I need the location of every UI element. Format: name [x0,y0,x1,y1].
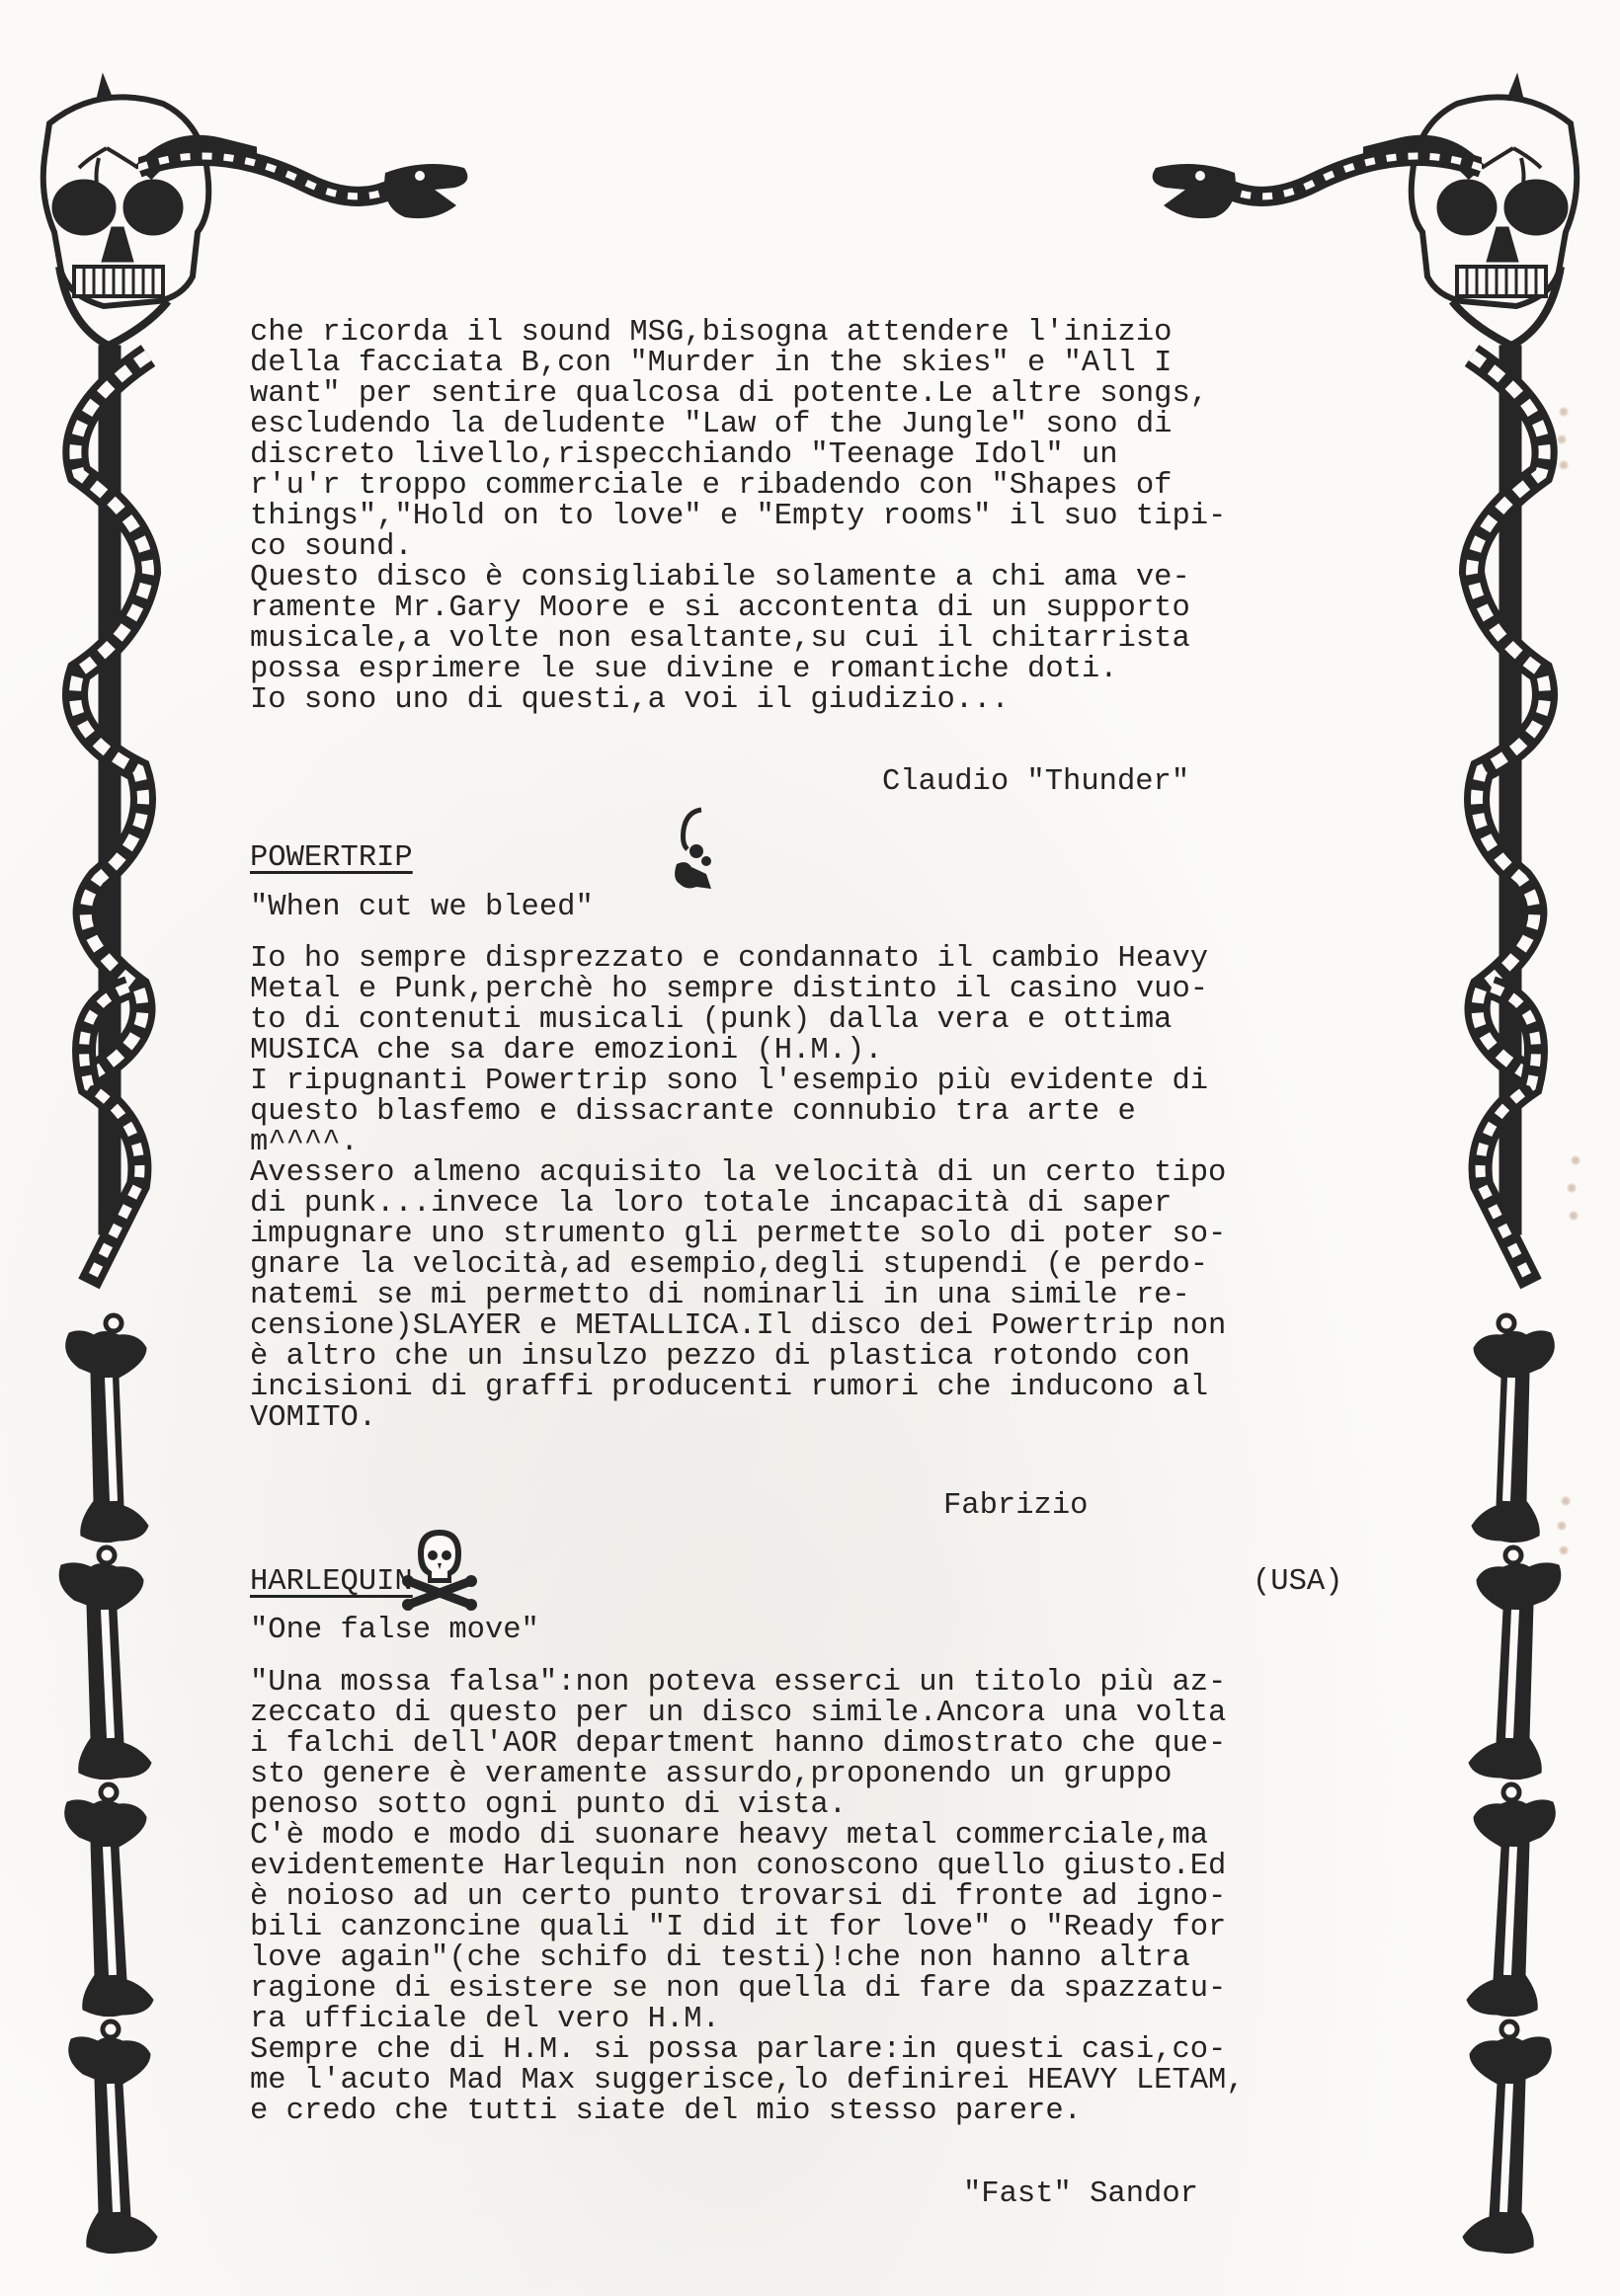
review-text-line: ramente Mr.Gary Moore e si accontenta di… [250,594,1406,624]
snake-head-left-icon [138,128,474,247]
review-body: Io ho sempre disprezzato e condannato il… [250,944,1406,1434]
review-signature: Fabrizio [943,1489,1088,1523]
review-text-line: è noioso ad un certo punto trovarsi di f… [250,1882,1406,1913]
skull-crossbones-icon [662,800,721,894]
review-text-line: della facciata B,con "Murder in the skie… [250,349,1406,379]
snake-head-right-icon [1146,128,1482,247]
review-text-line: co sound. [250,532,1406,563]
review-text-line: impugnare uno strumento gli permette sol… [250,1220,1406,1250]
review-text-line: incisioni di graffi producenti rumori ch… [250,1373,1406,1403]
review-text-line: ragione di esistere se non quella di far… [250,1974,1406,2005]
punch-hole-mark [1559,407,1569,417]
review-text-line: MUSICA che sa dare emozioni (H.M.). [250,1036,1406,1067]
review-signature: Claudio "Thunder" [882,765,1189,799]
punch-hole-mark [1557,435,1567,444]
review-text-line: me l'acuto Mad Max suggerisce,lo definir… [250,2066,1406,2097]
review-body: che ricorda il sound MSG,bisogna attende… [250,318,1406,716]
review-powertrip: Io ho sempre disprezzato e condannato il… [250,944,1406,1434]
punch-hole-mark [1559,1545,1569,1555]
review-text-line: Io sono uno di questi,a voi il giudizio.… [250,685,1406,716]
review-text-line: bili canzoncine quali "I did it for love… [250,1913,1406,1943]
review-text-line: censione)SLAYER e METALLICA.Il disco dei… [250,1311,1406,1342]
review-gary-moore: che ricorda il sound MSG,bisogna attende… [250,318,1406,716]
punch-hole-mark [1571,1155,1580,1165]
review-text-line: Avessero almeno acquisito la velocità di… [250,1158,1406,1189]
review-text-line: Questo disco è consigliabile solamente a… [250,563,1406,594]
review-text-line: Sempre che di H.M. si possa parlare:in q… [250,2035,1406,2066]
review-text-line: ra ufficiale del vero H.M. [250,2005,1406,2035]
review-harlequin: "Una mossa falsa":non poteva esserci un … [250,1668,1406,2127]
review-text-line: musicale,a volte non esaltante,su cui il… [250,624,1406,655]
punch-hole-mark [1559,460,1569,470]
review-signature: "Fast" Sandor [963,2177,1198,2211]
skull-snake-bone-border-left-icon [0,0,257,2296]
review-text-line: discreto livello,rispecchiando "Teenage … [250,440,1406,471]
band-title-harlequin: HARLEQUIN [250,1565,413,1599]
album-title: "One false move" [250,1614,539,1647]
review-text-line: r'u'r troppo commerciale e ribadendo con… [250,471,1406,502]
album-title: "When cut we bleed" [250,891,594,924]
review-body: "Una mossa falsa":non poteva esserci un … [250,1668,1406,2127]
review-text-line: Metal e Punk,perchè ho sempre distinto i… [250,975,1406,1005]
punch-hole-mark [1567,1183,1577,1193]
review-text-line: natemi se mi permetto di nominarli in un… [250,1281,1406,1311]
review-text-line: gnare la velocità,ad esempio,degli stupe… [250,1250,1406,1281]
review-text-line: I ripugnanti Powertrip sono l'esempio pi… [250,1067,1406,1097]
review-text-line: che ricorda il sound MSG,bisogna attende… [250,318,1406,349]
review-text-line: e credo che tutti siate del mio stesso p… [250,2097,1406,2127]
review-text-line: VOMITO. [250,1403,1406,1434]
review-text-line: want" per sentire qualcosa di potente.Le… [250,379,1406,410]
review-text-line: penoso sotto ogni punto di vista. [250,1790,1406,1821]
review-text-line: to di contenuti musicali (punk) dalla ve… [250,1005,1406,1036]
punch-hole-mark [1569,1211,1579,1221]
punch-hole-mark [1557,1521,1567,1531]
country-label: (USA) [1253,1565,1343,1599]
review-text-line: zeccato di questo per un disco simile.An… [250,1699,1406,1729]
review-text-line: Io ho sempre disprezzato e condannato il… [250,944,1406,975]
review-text-line: C'è modo e modo di suonare heavy metal c… [250,1821,1406,1852]
review-text-line: questo blasfemo e dissacrante connubio t… [250,1097,1406,1128]
punch-hole-mark [1561,1496,1571,1506]
review-text-line: di punk...invece la loro totale incapaci… [250,1189,1406,1220]
review-text-line: è altro che un insulzo pezzo di plastica… [250,1342,1406,1373]
review-text-line: escludendo la deludente "Law of the Jung… [250,410,1406,440]
review-text-line: "Una mossa falsa":non poteva esserci un … [250,1668,1406,1699]
review-text-line: m^^^^. [250,1128,1406,1158]
review-text-line: i falchi dell'AOR department hanno dimos… [250,1729,1406,1760]
review-text-line: sto genere è veramente assurdo,proponend… [250,1760,1406,1790]
review-text-line: love again"(che schifo di testi)!che non… [250,1943,1406,1974]
band-title-powertrip: POWERTRIP [250,841,413,875]
review-text-line: possa esprimere le sue divine e romantic… [250,655,1406,685]
review-text-line: evidentemente Harlequin non conoscono qu… [250,1852,1406,1882]
review-text-line: things","Hold on to love" e "Empty rooms… [250,502,1406,532]
